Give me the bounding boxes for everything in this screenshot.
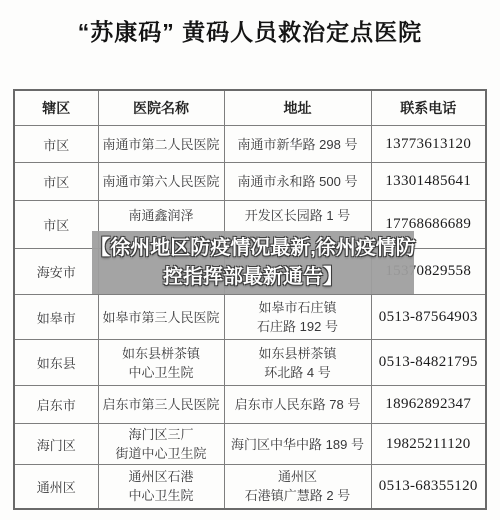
- table-row: 海门区海门区三厂街道中心卫生院海门区中华中路 189 号19825211120: [14, 424, 486, 465]
- cell-hospital: 海门区三厂街道中心卫生院: [98, 424, 224, 465]
- overlay-line-2: 控指挥部最新通告】: [163, 263, 343, 292]
- page-title: “苏康码” 黄码人员救治定点医院: [0, 14, 500, 47]
- cell-district: 市区: [14, 201, 98, 249]
- header-cell-hospital: 医院名称: [98, 90, 224, 126]
- cell-phone: 0513-68355120: [371, 465, 486, 509]
- cell-phone: 13301485641: [371, 163, 486, 201]
- cell-address: 南通市永和路 500 号: [224, 163, 371, 201]
- header-cell-district: 辖区: [14, 90, 98, 126]
- cell-hospital: 南通市第六人民医院: [98, 163, 224, 201]
- cell-district: 启东市: [14, 386, 98, 424]
- cell-address: 如东县栟茶镇环北路 4 号: [224, 340, 371, 386]
- table-row: 如皋市如皋市第三人民医院如皋市石庄镇石庄路 192 号0513-87564903: [14, 295, 486, 340]
- cell-district: 通州区: [14, 465, 98, 509]
- cell-district: 海门区: [14, 424, 98, 465]
- cell-hospital: 启东市第三人民医院: [98, 386, 224, 424]
- caption-overlay: 【徐州地区防疫情况最新,徐州疫情防 控指挥部最新通告】: [92, 231, 414, 294]
- table-header-row: 辖区 医院名称 地址 联系电话: [14, 90, 486, 126]
- hospital-table: 辖区 医院名称 地址 联系电话 市区南通市第二人民医院南通市新华路 298 号1…: [13, 89, 487, 510]
- header-cell-address: 地址: [224, 90, 371, 126]
- cell-phone: 18962892347: [371, 386, 486, 424]
- cell-address: 如皋市石庄镇石庄路 192 号: [224, 295, 371, 340]
- table-row: 通州区通州区石港中心卫生院通州区石港镇广慧路 2 号0513-68355120: [14, 465, 486, 509]
- cell-district: 市区: [14, 163, 98, 201]
- header-cell-phone: 联系电话: [371, 90, 486, 126]
- table-row: 如东县如东县栟茶镇中心卫生院如东县栟茶镇环北路 4 号0513-84821795: [14, 340, 486, 386]
- cell-phone: 0513-87564903: [371, 295, 486, 340]
- document-page: “苏康码” 黄码人员救治定点医院 辖区 医院名称 地址 联系电话 市区南通市第二…: [0, 0, 500, 520]
- cell-district: 海安市: [14, 249, 98, 295]
- cell-hospital: 如皋市第三人民医院: [98, 295, 224, 340]
- cell-phone: 0513-84821795: [371, 340, 486, 386]
- cell-hospital: 通州区石港中心卫生院: [98, 465, 224, 509]
- cell-phone: 13773613120: [371, 126, 486, 163]
- cell-hospital: 如东县栟茶镇中心卫生院: [98, 340, 224, 386]
- overlay-line-1: 【徐州地区防疫情况最新,徐州疫情防: [90, 234, 416, 263]
- cell-district: 如东县: [14, 340, 98, 386]
- table-row: 市区南通市第二人民医院南通市新华路 298 号13773613120: [14, 126, 486, 163]
- cell-phone: 19825211120: [371, 424, 486, 465]
- cell-address: 海门区中华中路 189 号: [224, 424, 371, 465]
- cell-hospital: 南通市第二人民医院: [98, 126, 224, 163]
- cell-district: 市区: [14, 126, 98, 163]
- table-row: 市区南通市第六人民医院南通市永和路 500 号13301485641: [14, 163, 486, 201]
- table-row: 启东市启东市第三人民医院启东市人民东路 78 号18962892347: [14, 386, 486, 424]
- cell-district: 如皋市: [14, 295, 98, 340]
- cell-address: 启东市人民东路 78 号: [224, 386, 371, 424]
- cell-address: 南通市新华路 298 号: [224, 126, 371, 163]
- cell-address: 通州区石港镇广慧路 2 号: [224, 465, 371, 509]
